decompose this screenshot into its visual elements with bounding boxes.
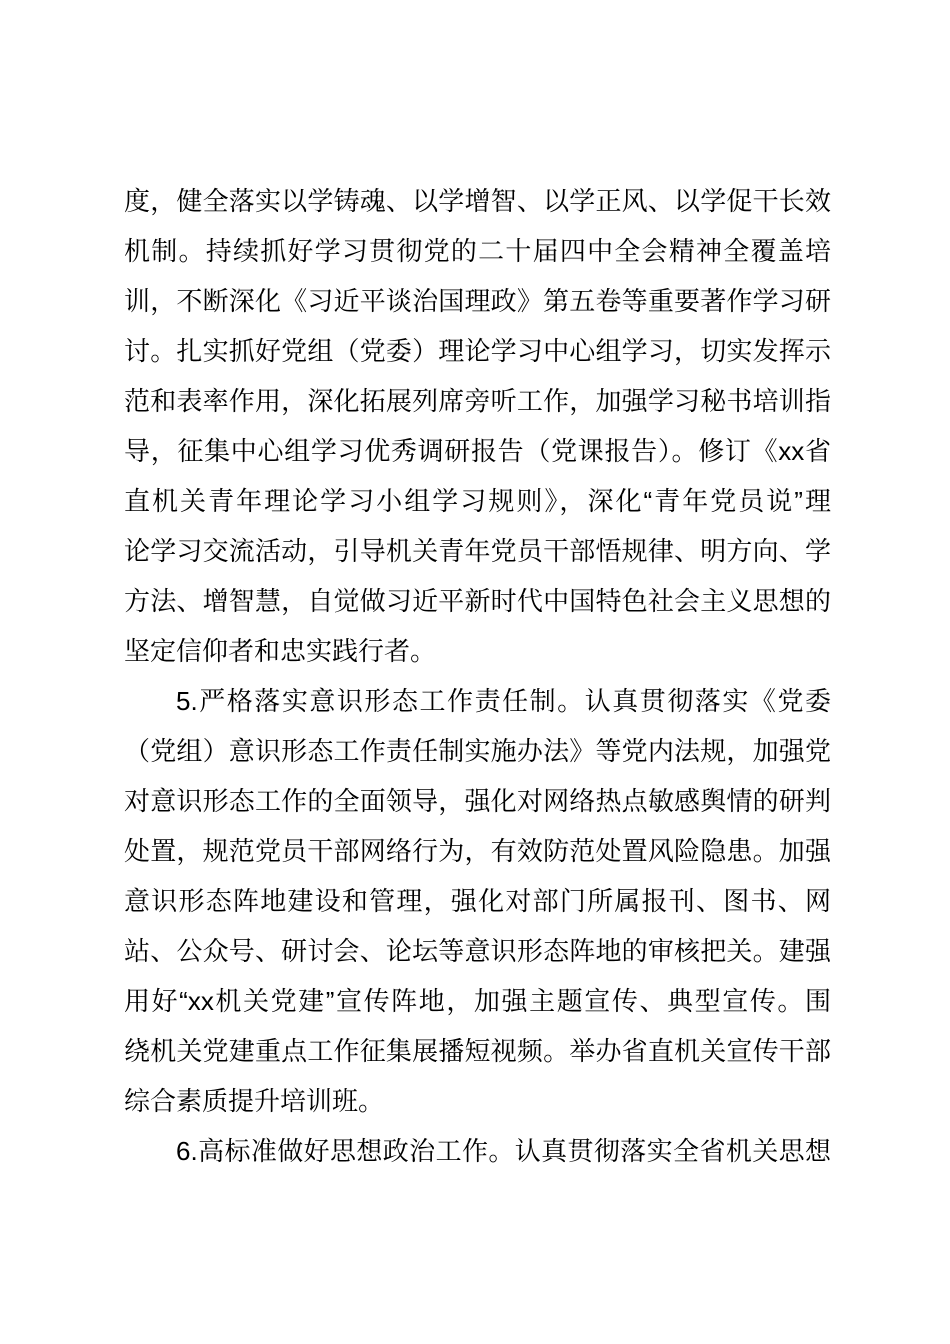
text-line: 直机关青年理论学习小组学习规则》，深化“青年党员说”理	[124, 476, 831, 526]
text-line: 范和表率作用，深化拓展列席旁听工作，加强学习秘书培训指	[124, 376, 831, 426]
text-line: 机制。持续抓好学习贯彻党的二十届四中全会精神全覆盖培	[124, 226, 831, 276]
text-line: 对意识形态工作的全面领导，强化对网络热点敏感舆情的研判	[124, 776, 831, 826]
text-line: 论学习交流活动，引导机关青年党员干部悟规律、明方向、学	[124, 526, 831, 576]
text-line: 导，征集中心组学习优秀调研报告（党课报告）。修订《xx省	[124, 426, 831, 476]
text-line: 5.严格落实意识形态工作责任制。认真贯彻落实《党委	[124, 676, 831, 726]
paragraph-item-5: 5.严格落实意识形态工作责任制。认真贯彻落实《党委（党组）意识形态工作责任制实施…	[124, 676, 831, 1126]
document-page: 度，健全落实以学铸魂、以学增智、以学正风、以学促干长效机制。持续抓好学习贯彻党的…	[0, 0, 950, 1344]
text-line: 用好“xx机关党建”宣传阵地，加强主题宣传、典型宣传。围	[124, 976, 831, 1026]
text-line: 方法、增智慧，自觉做习近平新时代中国特色社会主义思想的	[124, 576, 831, 626]
document-body: 度，健全落实以学铸魂、以学增智、以学正风、以学促干长效机制。持续抓好学习贯彻党的…	[124, 176, 831, 1176]
paragraph-item-6: 6.高标准做好思想政治工作。认真贯彻落实全省机关思想	[124, 1126, 831, 1176]
text-line: 坚定信仰者和忠实践行者。	[124, 626, 831, 676]
text-line: 讨。扎实抓好党组（党委）理论学习中心组学习，切实发挥示	[124, 326, 831, 376]
text-line: 训，不断深化《习近平谈治国理政》第五卷等重要著作学习研	[124, 276, 831, 326]
text-line: 度，健全落实以学铸魂、以学增智、以学正风、以学促干长效	[124, 176, 831, 226]
paragraph-continuation: 度，健全落实以学铸魂、以学增智、以学正风、以学促干长效机制。持续抓好学习贯彻党的…	[124, 176, 831, 676]
text-line: 6.高标准做好思想政治工作。认真贯彻落实全省机关思想	[124, 1126, 831, 1176]
text-line: 意识形态阵地建设和管理，强化对部门所属报刊、图书、网	[124, 876, 831, 926]
text-line: 绕机关党建重点工作征集展播短视频。举办省直机关宣传干部	[124, 1026, 831, 1076]
text-line: 站、公众号、研讨会、论坛等意识形态阵地的审核把关。建强	[124, 926, 831, 976]
text-line: 综合素质提升培训班。	[124, 1076, 831, 1126]
text-line: 处置，规范党员干部网络行为，有效防范处置风险隐患。加强	[124, 826, 831, 876]
text-line: （党组）意识形态工作责任制实施办法》等党内法规，加强党	[124, 726, 831, 776]
